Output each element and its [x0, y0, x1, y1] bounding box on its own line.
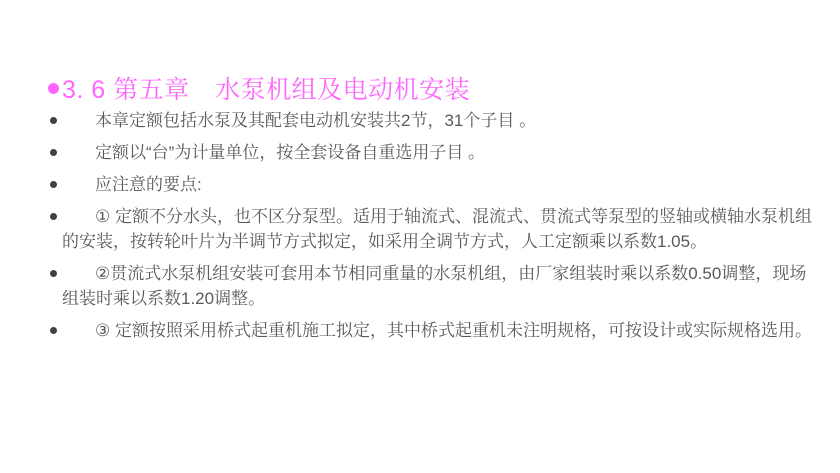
- bullet-icon: [50, 213, 57, 220]
- list-item: 本章定额包括水泵及其配套电动机安装共2节，31个子目 。: [50, 108, 814, 133]
- slide: 3. 6 第五章 水泵机组及电动机安装 本章定额包括水泵及其配套电动机安装共2节…: [0, 0, 840, 473]
- bullet-list: 本章定额包括水泵及其配套电动机安装共2节，31个子目 。 定额以“台”为计量单位…: [50, 108, 814, 350]
- list-item: ②贯流式水泵机组安装可套用本节相同重量的水泵机组，由厂家组装时乘以系数0.50调…: [50, 261, 814, 311]
- list-item-text: ① 定额不分水头，也不区分泵型。适用于轴流式、混流式、贯流式等泵型的竖轴或横轴水…: [62, 207, 812, 251]
- slide-title-text: 3. 6 第五章 水泵机组及电动机安装: [62, 70, 470, 106]
- list-item: ① 定额不分水头，也不区分泵型。适用于轴流式、混流式、贯流式等泵型的竖轴或横轴水…: [50, 204, 814, 254]
- list-item: 应注意的要点:: [50, 172, 814, 197]
- list-item-text: 应注意的要点:: [95, 175, 202, 194]
- bullet-icon: [50, 149, 57, 156]
- list-item: 定额以“台”为计量单位，按全套设备自重选用子目 。: [50, 140, 814, 165]
- list-item-text: 本章定额包括水泵及其配套电动机安装共2节，31个子目 。: [95, 111, 536, 130]
- title-bullet-icon: [48, 83, 59, 94]
- bullet-icon: [50, 117, 57, 124]
- slide-title: 3. 6 第五章 水泵机组及电动机安装: [48, 70, 470, 106]
- list-item: ③ 定额按照采用桥式起重机施工拟定，其中桥式起重机未注明规格，可按设计或实际规格…: [50, 318, 814, 343]
- list-item-text: 定额以“台”为计量单位，按全套设备自重选用子目 。: [95, 143, 485, 162]
- bullet-icon: [50, 181, 57, 188]
- list-item-text: ②贯流式水泵机组安装可套用本节相同重量的水泵机组，由厂家组装时乘以系数0.50调…: [62, 264, 806, 308]
- list-item-text: ③ 定额按照采用桥式起重机施工拟定，其中桥式起重机未注明规格，可按设计或实际规格…: [95, 321, 812, 340]
- bullet-icon: [50, 327, 57, 334]
- bullet-icon: [50, 270, 57, 277]
